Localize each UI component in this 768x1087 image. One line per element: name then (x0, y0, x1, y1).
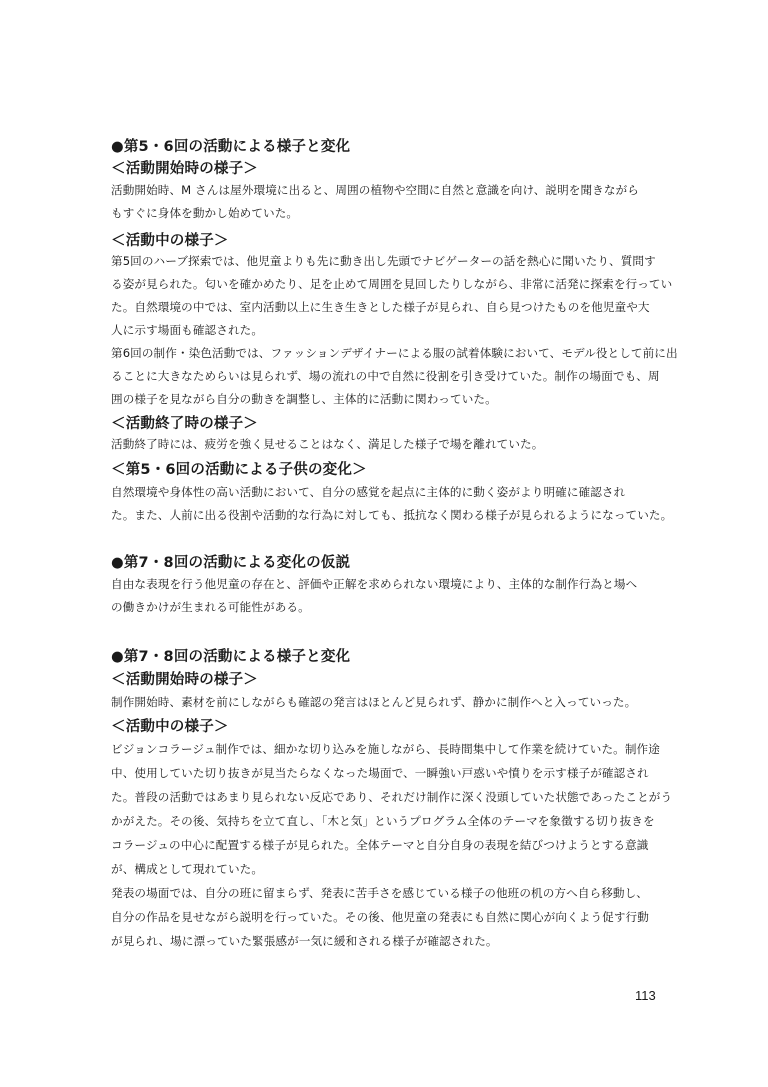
body-line: 囲の様子を見ながら自分の動きを調整し、主体的に活動に関わっていた。 (111, 391, 497, 407)
body-line: ることに大きなためらいは見られず、場の流れの中で自然に役割を引き受けていた。制作… (111, 368, 660, 384)
body-line: 自分の作品を見せながら説明を行っていた。その後、他児童の発表にも自然に関心が向く… (111, 909, 649, 925)
body-line: る姿が見られた。匂いを確かめたり、足を止めて周囲を見回したりしながら、非常に活発… (111, 276, 672, 292)
section-heading: ●第7・8回の活動による様子と変化 (111, 645, 350, 666)
subsection-title: ＜活動開始時の様子＞ (111, 668, 258, 689)
body-line: 自然環境や身体性の高い活動において、自分の感覚を起点に主体的に動く姿がより明確に… (111, 484, 625, 500)
subsection-title: ＜活動中の様子＞ (111, 715, 229, 736)
body-line: 人に示す場面も確認された。 (111, 322, 263, 338)
subsection-title: ＜活動終了時の様子＞ (111, 412, 258, 433)
document-page: ●第5・6回の活動による様子と変化 ＜活動開始時の様子＞ 活動開始時、M さんは… (0, 0, 768, 1087)
body-line: ビジョンコラージュ制作では、細かな切り込みを施しながら、長時間集中して作業を続け… (111, 741, 660, 757)
body-line: 自由な表現を行う他児童の存在と、評価や正解を求められない環境により、主体的な制作… (111, 576, 637, 592)
subsection-title: ＜活動開始時の様子＞ (111, 157, 258, 178)
subsection-title: ＜第5・6回の活動による子供の変化＞ (111, 458, 367, 479)
section-heading: ●第5・6回の活動による様子と変化 (111, 135, 350, 156)
section-heading: ●第7・8回の活動による変化の仮説 (111, 551, 350, 572)
body-line: もすぐに身体を動かし始めていた。 (111, 205, 298, 221)
body-line: 中、使用していた切り抜きが見当たらなくなった場面で、一瞬強い戸惑いや憤りを示す様… (111, 765, 649, 781)
body-line: が見られ、場に漂っていた緊張感が一気に緩和される様子が確認された。 (111, 933, 498, 949)
body-line: の働きかけが生まれる可能性がある。 (111, 599, 310, 615)
body-line: 第5回のハーブ探索では、他児童よりも先に動き出し先頭でナビゲーターの話を熱心に聞… (111, 253, 656, 269)
body-line: 第6回の制作・染色活動では、ファッションデザイナーによる服の試着体験において、モ… (111, 345, 678, 361)
page-number: 113 (635, 988, 656, 1003)
body-line: た。自然環境の中では、室内活動以上に生き生きとした様子が見られ、自ら見つけたもの… (111, 299, 650, 315)
body-line: 制作開始時、素材を前にしながらも確認の発言はほとんど見られず、静かに制作へと入っ… (111, 694, 636, 710)
body-line: 発表の場面では、自分の班に留まらず、発表に苦手さを感じている様子の他班の机の方へ… (111, 885, 648, 901)
body-line: コラージュの中心に配置する様子が見られた。全体テーマと自分自身の表現を結びつけよ… (111, 837, 648, 853)
subsection-title: ＜活動中の様子＞ (111, 229, 229, 250)
body-line: 活動終了時には、疲労を強く見せることはなく、満足した様子で場を離れていた。 (111, 436, 543, 452)
body-line: が、構成として現れていた。 (111, 861, 263, 877)
body-line: 活動開始時、M さんは屋外環境に出ると、周囲の植物や空間に自然と意識を向け、説明… (111, 182, 639, 198)
body-line: た。また、人前に出る役割や活動的な行為に対しても、抵抗なく関わる様子が見られるよ… (111, 507, 672, 523)
body-line: かがえた。その後、気持ちを立て直し、「木と気」というプログラム全体のテーマを象徴… (111, 813, 655, 829)
body-line: た。普段の活動ではあまり見られない反応であり、それだけ制作に深く没頭していた状態… (111, 789, 672, 805)
